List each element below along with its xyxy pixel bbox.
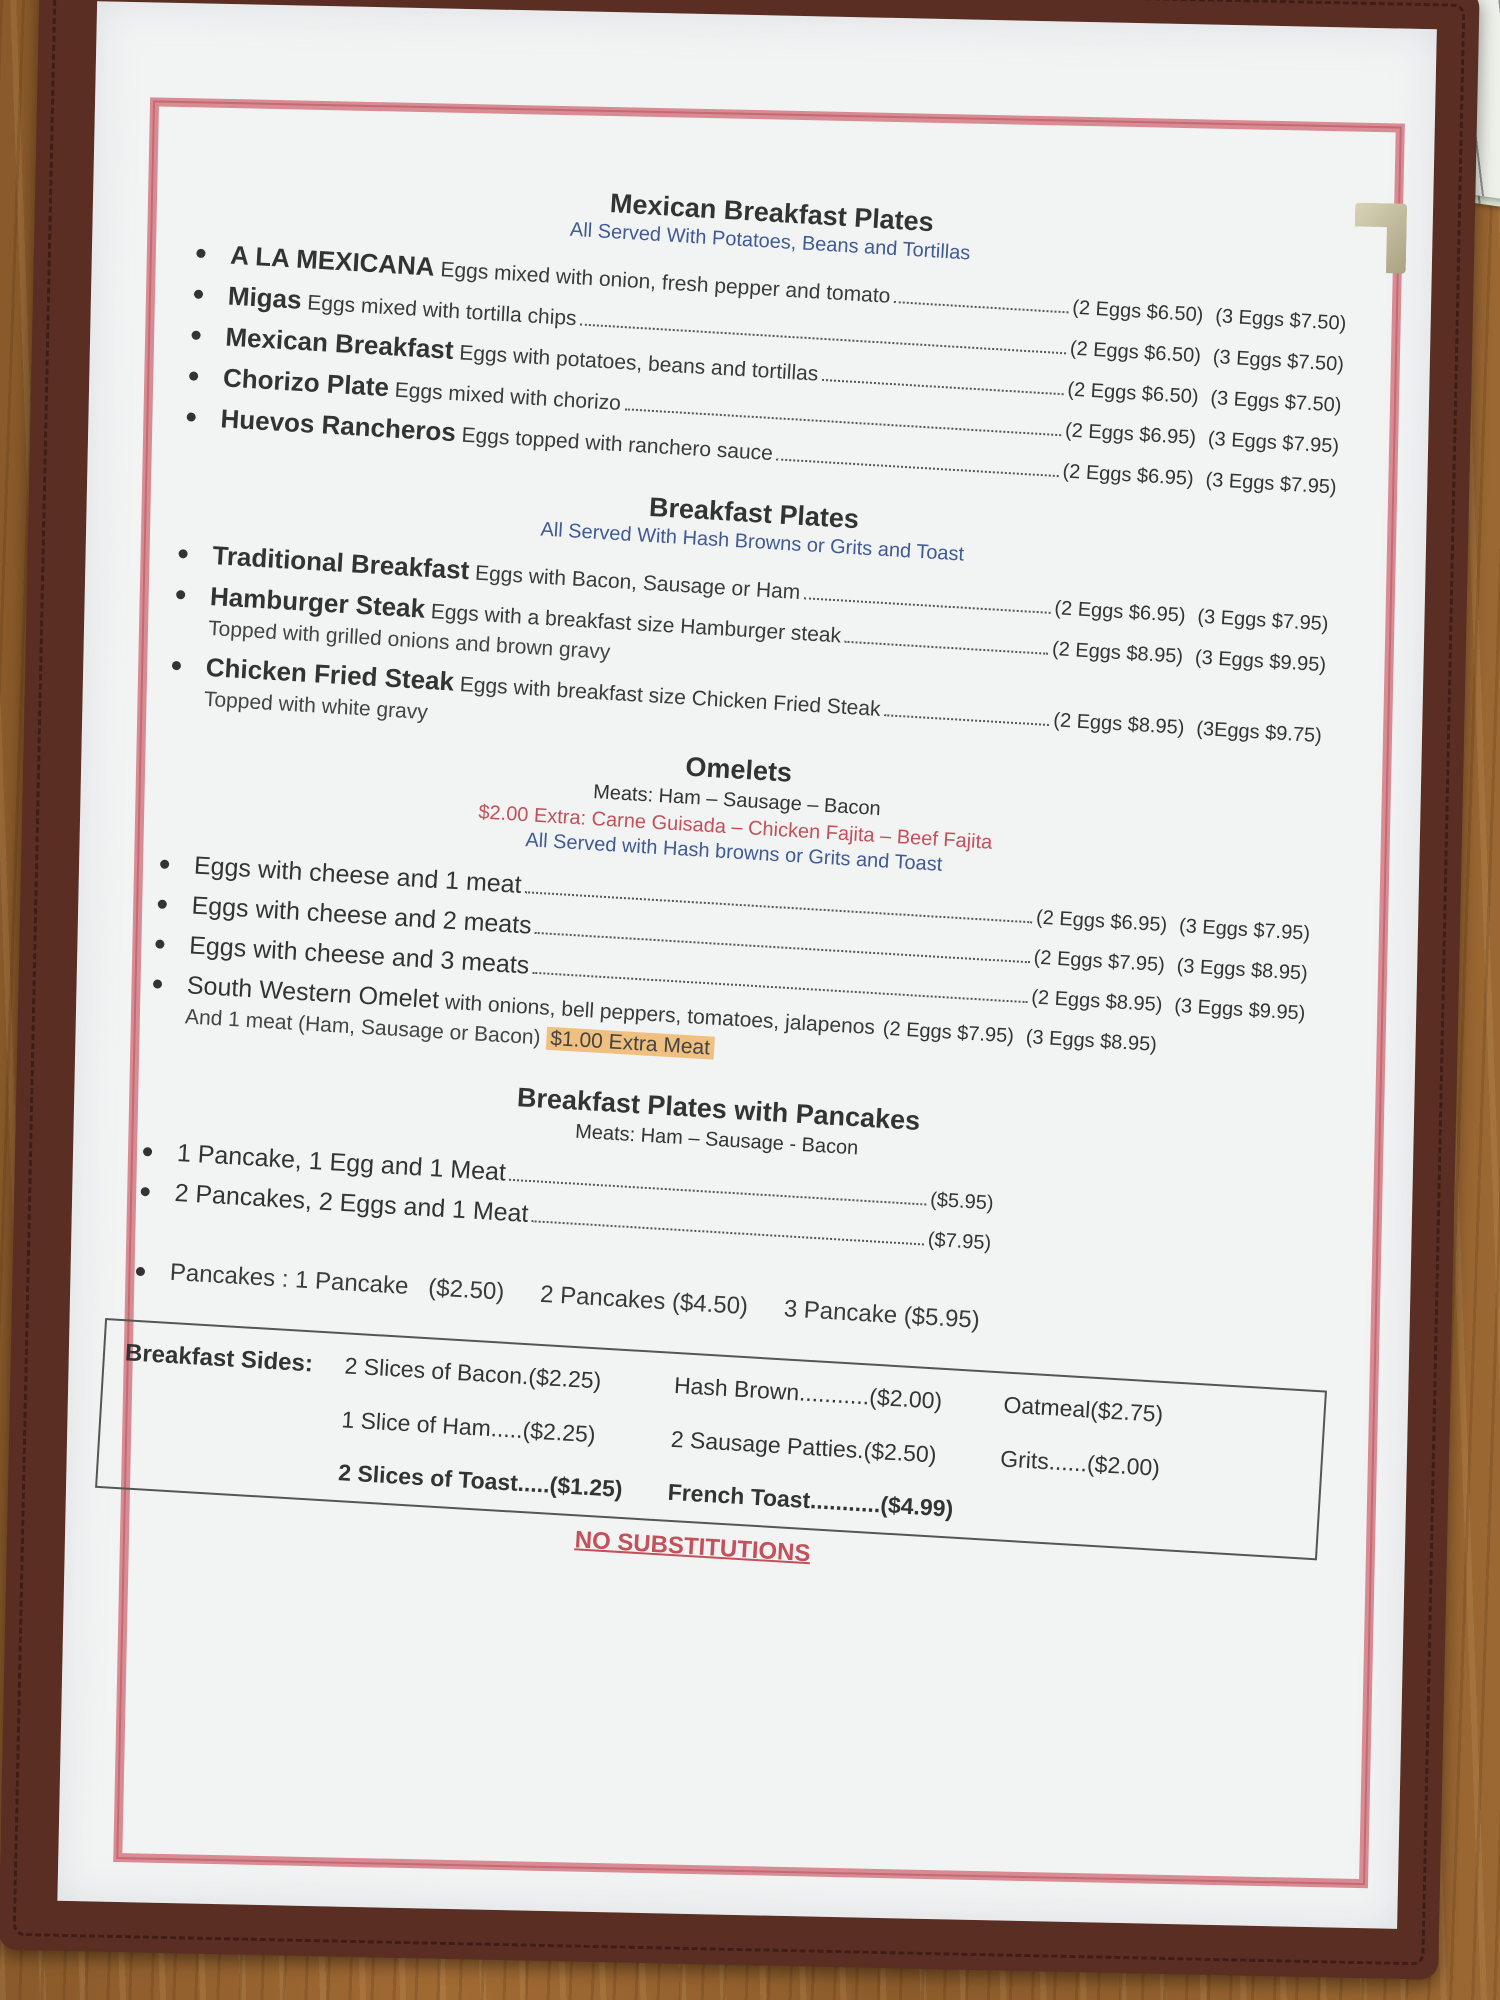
price-3-eggs: (3 Eggs $7.95): [1207, 424, 1340, 462]
leader-dots: [894, 301, 1068, 313]
price-2-eggs: (2 Eggs $8.95): [1030, 982, 1163, 1020]
pancake-three: 3 Pancake ($5.95): [783, 1294, 981, 1336]
item-name: Chorizo Plate: [222, 362, 390, 402]
side-item: Oatmeal($2.75): [1003, 1391, 1244, 1433]
price-2-eggs: (2 Eggs $6.95): [1064, 415, 1197, 453]
item-desc: Eggs mixed with chorizo: [394, 376, 622, 419]
extra-meat-highlight: $1.00 Extra Meat: [546, 1027, 715, 1060]
price-2-eggs: (2 Eggs $6.95): [1035, 903, 1168, 941]
price-2-eggs: (2 Eggs $6.95): [1054, 593, 1187, 631]
price-2-eggs: (2 Eggs $6.95): [1062, 456, 1195, 494]
side-item: 2 Slices of Toast.....($1.25): [338, 1459, 669, 1506]
price-2-eggs: (2 Eggs $6.50): [1069, 334, 1202, 372]
item-name: Huevos Rancheros: [220, 403, 457, 447]
item-name: A LA MEXICANA: [230, 240, 436, 282]
price-3-eggs: (3 Eggs $7.95): [1197, 602, 1330, 640]
item-price: ($5.95): [929, 1185, 994, 1219]
price-3-eggs: (3 Eggs $7.95): [1178, 911, 1311, 949]
pancake-two: 2 Pancakes ($4.50): [539, 1280, 749, 1322]
price-3-eggs: (3 Eggs $7.95): [1205, 465, 1338, 503]
price-3-eggs: (3 Eggs $7.50): [1214, 301, 1347, 339]
leader-dots: [822, 379, 1063, 395]
price-3-eggs: (3 Eggs $9.95): [1173, 991, 1306, 1029]
side-item: French Toast...........($4.99): [667, 1479, 998, 1526]
price-2-eggs: (2 Eggs $6.50): [1067, 375, 1200, 413]
price-3-eggs: (3 Eggs $7.50): [1212, 342, 1345, 380]
item-name: Migas: [227, 281, 302, 315]
item-desc: Eggs mixed with tortilla chips: [306, 288, 577, 334]
sides-label: Breakfast Sides:: [124, 1339, 345, 1380]
leader-dots: [776, 458, 1058, 477]
menu-page: Mexican Breakfast Plates All Served With…: [57, 1, 1436, 1929]
price-2-eggs: (2 Eggs $6.50): [1071, 293, 1204, 331]
menu-content: Mexican Breakfast Plates All Served With…: [113, 163, 1352, 1595]
side-item: 1 Slice of Ham.....($2.25): [341, 1406, 672, 1453]
menu-folder: Mexican Breakfast Plates All Served With…: [0, 0, 1480, 1980]
price-3-eggs: (3 Eggs $8.95): [1176, 951, 1309, 989]
item-name: Mexican Breakfast: [225, 321, 455, 364]
pancake-label: Pancakes : 1 Pancake ($2.50): [169, 1258, 505, 1308]
leader-dots: [884, 714, 1049, 726]
side-item: 2 Sausage Patties.($2.50): [670, 1426, 1001, 1473]
side-item: Grits......($2.00): [1000, 1445, 1241, 1486]
price-3-eggs: (3 Eggs $7.50): [1210, 383, 1343, 421]
leader-dots: [804, 597, 1050, 614]
side-item: Hash Brown...........($2.00): [673, 1372, 1004, 1420]
price-2-eggs: (2 Eggs $7.95): [1033, 943, 1166, 981]
section-omelets: Omelets Meats: Ham – Sausage – Bacon $2.…: [142, 720, 1318, 1098]
side-item: 2 Slices of Bacon.($2.25): [344, 1352, 675, 1400]
item-price: ($7.95): [927, 1225, 992, 1259]
item-name: Traditional Breakfast: [212, 540, 471, 585]
leader-dots: [532, 1220, 924, 1245]
